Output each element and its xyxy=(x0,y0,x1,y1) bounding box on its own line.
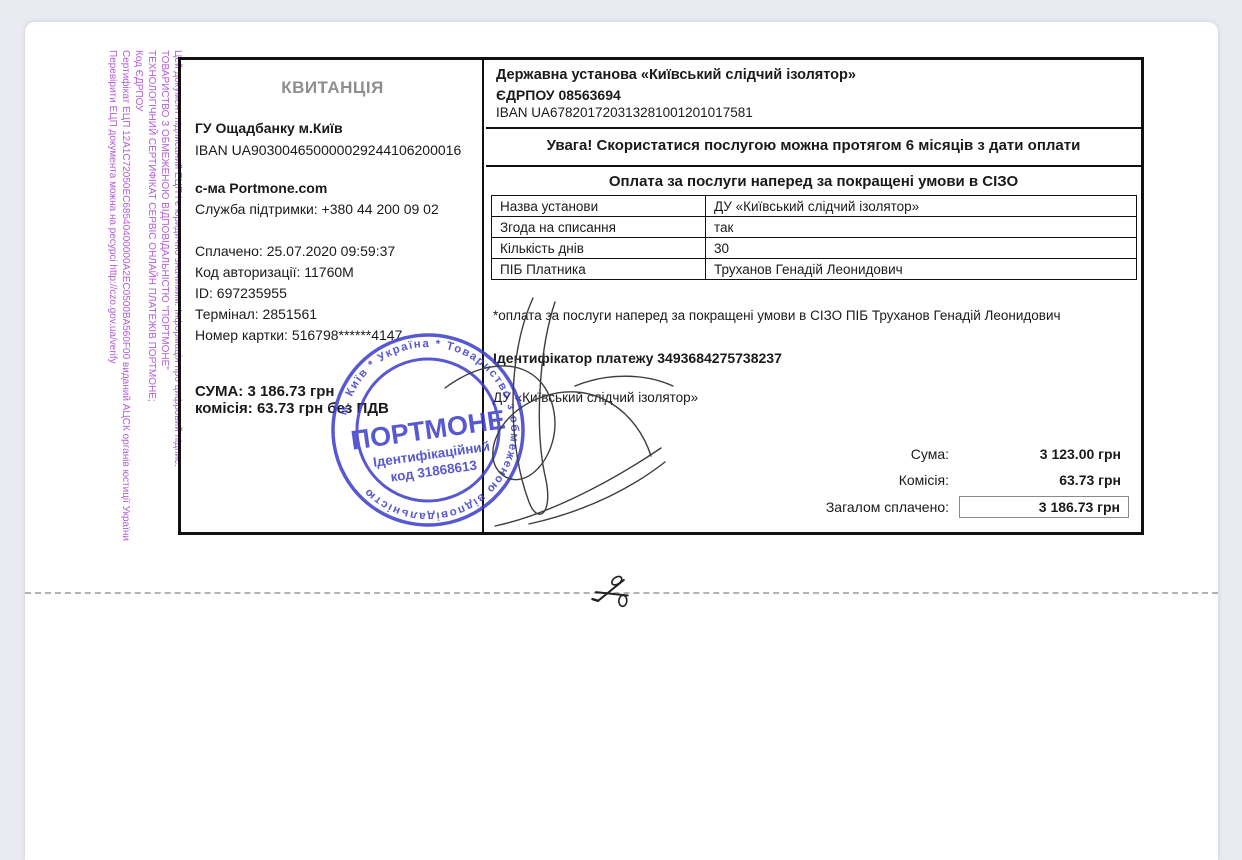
ecp-line: Перевірити ЕЦП документа можна на ресурс… xyxy=(106,50,119,612)
org-iban: IBAN UA678201720313281001201017581 xyxy=(496,104,1131,122)
totals-label: Комісія: xyxy=(899,472,949,488)
signature-strokes-icon xyxy=(433,290,693,540)
table-row: ПІБ Платника Труханов Генадій Леонидович xyxy=(492,259,1137,280)
service-title: Оплата за послуги наперед за покращені у… xyxy=(486,167,1141,195)
support-phone: Служба підтримки: +380 44 200 09 02 xyxy=(195,201,470,217)
ecp-line: Код ЄДРПОУ xyxy=(131,50,144,612)
totals-value: 63.73 грн xyxy=(959,470,1129,490)
document-page: Цей документ підписаний ЕЦП і є юридично… xyxy=(25,22,1218,860)
screenshot-root: { "sidebar_signature": { "lines": [ "Цей… xyxy=(0,0,1242,860)
detail-value: ДУ «Київський слідчий ізолятор» xyxy=(706,196,1137,217)
auth-code: Код авторизації: 11760M xyxy=(195,264,470,280)
recipient-header: Державна установа «Київський слідчий ізо… xyxy=(486,60,1141,129)
detail-value: 30 xyxy=(706,238,1137,259)
org-edrpou: ЄДРПОУ 08563694 xyxy=(496,86,1131,105)
payment-details-table: Назва установи ДУ «Київський слідчий ізо… xyxy=(491,195,1137,280)
digital-signature-sidebar: Цей документ підписаний ЕЦП і є юридично… xyxy=(106,50,183,612)
detail-label: Кількість днів xyxy=(492,238,706,259)
table-row: Згода на списання так xyxy=(492,217,1137,238)
scissors-icon xyxy=(584,573,635,617)
detail-label: ПІБ Платника xyxy=(492,259,706,280)
ecp-line: Сертифікат ЕЦП 12A1C72050EC68540400000A2… xyxy=(118,50,131,612)
bank-name: ГУ Ощадбанку м.Київ xyxy=(195,120,470,136)
terminal-number: Термінал: 2851561 xyxy=(195,306,470,322)
operation-id: ID: 697235955 xyxy=(195,285,470,301)
detail-value: так xyxy=(706,217,1137,238)
totals-value: 3 123.00 грн xyxy=(959,444,1129,464)
table-row: Кількість днів 30 xyxy=(492,238,1137,259)
handwritten-signature xyxy=(433,290,693,540)
totals-value: 3 186.73 грн xyxy=(959,496,1129,518)
detail-label: Згода на списання xyxy=(492,217,706,238)
totals-label: Сума: xyxy=(911,446,949,462)
table-row: Назва установи ДУ «Київський слідчий ізо… xyxy=(492,196,1137,217)
receipt-title: КВИТАНЦІЯ xyxy=(195,78,470,98)
detail-value: Труханов Генадій Леонидович xyxy=(706,259,1137,280)
org-name: Державна установа «Київський слідчий ізо… xyxy=(496,66,1131,86)
detail-label: Назва установи xyxy=(492,196,706,217)
totals-row-sum: Сума: 3 123.00 грн xyxy=(709,444,1129,464)
totals-block: Сума: 3 123.00 грн Комісія: 63.73 грн За… xyxy=(709,438,1129,518)
ecp-line: ТЕХНОЛОГІЧНИЙ СЕРТИФІКАТ СЕРВІС ОНЛАЙН П… xyxy=(144,50,157,612)
warning-banner: Увага! Скористатися послугою можна протя… xyxy=(486,129,1141,168)
totals-row-commission: Комісія: 63.73 грн xyxy=(709,470,1129,490)
bank-iban: IBAN UA903004650000029244106200016 xyxy=(195,142,470,158)
system-name: с-ма Portmone.com xyxy=(195,180,470,196)
totals-row-grand-total: Загалом сплачено: 3 186.73 грн xyxy=(709,496,1129,518)
paid-datetime: Сплачено: 25.07.2020 09:59:37 xyxy=(195,243,470,259)
ecp-line: ТОВАРИСТВО З ОБМЕЖЕНОЮ ВІДПОВІДАЛЬНІСТЮ … xyxy=(157,50,170,612)
totals-label: Загалом сплачено: xyxy=(826,499,949,515)
